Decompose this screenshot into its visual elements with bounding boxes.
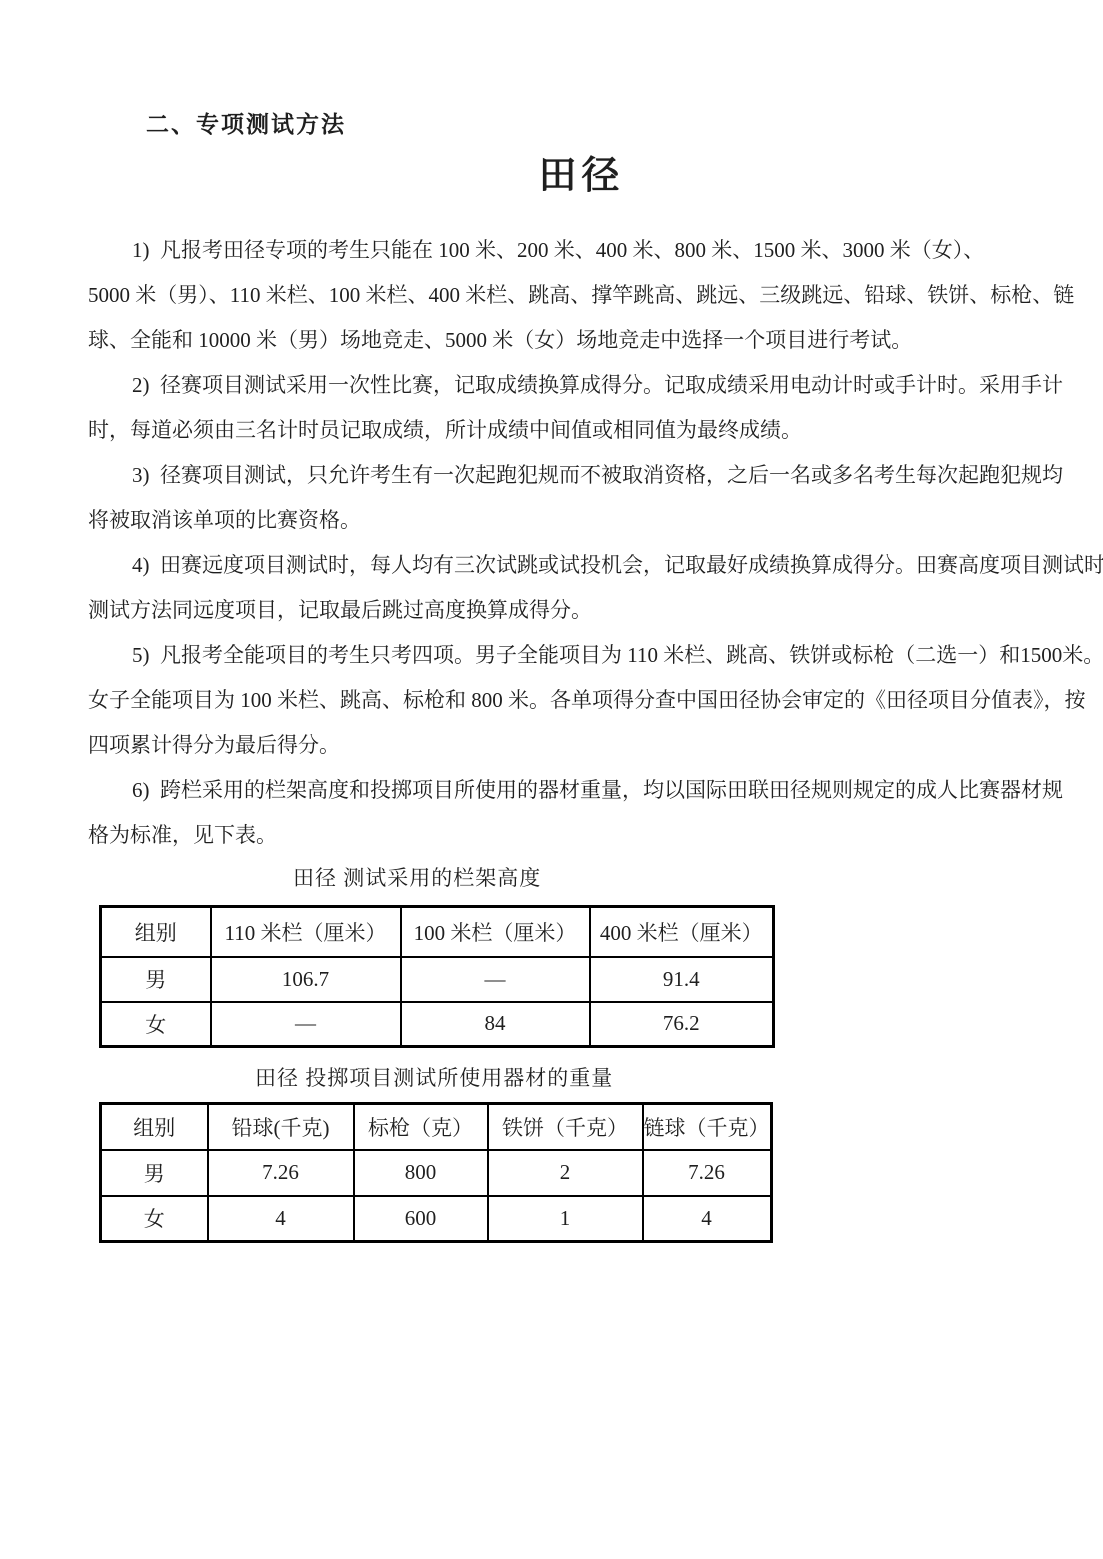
page-title: 田径 bbox=[30, 144, 1103, 199]
table-header-cell: 400 米栏（厘米） bbox=[590, 907, 774, 957]
paragraph-line: 四项累计得分为最后得分。 bbox=[88, 723, 1103, 768]
paragraph-line: 将被取消该单项的比赛资格。 bbox=[88, 498, 1103, 543]
paragraph-line: 5000 米（男）、110 米栏、100 米栏、400 米栏、跳高、撑竿跳高、跳… bbox=[88, 273, 1103, 318]
table-cell: 2 bbox=[488, 1150, 643, 1196]
table-cell: 600 bbox=[354, 1196, 488, 1242]
paragraph-line: 格为标准，见下表。 bbox=[88, 813, 1103, 858]
table-header-cell: 链球（千克） bbox=[643, 1104, 772, 1150]
table-row: 男 7.26 800 2 7.26 bbox=[101, 1150, 772, 1196]
paragraph-line: 时，每道必须由三名计时员记取成绩，所计成绩中间值或相同值为最终成绩。 bbox=[88, 408, 1103, 453]
paragraph-line: 2) 径赛项目测试采用一次性比赛，记取成绩换算成得分。记取成绩采用电动计时或手计… bbox=[88, 363, 1103, 408]
paragraph-line: 球、全能和 10000 米（男）场地竞走、5000 米（女）场地竞走中选择一个项… bbox=[88, 318, 1103, 363]
table-cell: 91.4 bbox=[590, 957, 774, 1002]
table-cell: 106.7 bbox=[211, 957, 401, 1002]
table-cell: 1 bbox=[488, 1196, 643, 1242]
table-header-row: 组别 110 米栏（厘米） 100 米栏（厘米） 400 米栏（厘米） bbox=[101, 907, 774, 957]
table-cell: — bbox=[211, 1002, 401, 1047]
paragraph-line: 1) 凡报考田径专项的考生只能在 100 米、200 米、400 米、800 米… bbox=[88, 228, 1103, 273]
hurdle-height-table: 组别 110 米栏（厘米） 100 米栏（厘米） 400 米栏（厘米） 男 10… bbox=[99, 905, 775, 1048]
table-cell: 76.2 bbox=[590, 1002, 774, 1047]
paragraph-line: 4) 田赛远度项目测试时，每人均有三次试跳或试投机会，记取最好成绩换算成得分。田… bbox=[88, 543, 1103, 588]
implement-weight-table-caption: 田径 投掷项目测试所使用器材的重量 bbox=[255, 1062, 613, 1092]
table-header-row: 组别 铅球(千克) 标枪（克） 铁饼（千克） 链球（千克） bbox=[101, 1104, 772, 1150]
hurdle-height-table-caption: 田径 测试采用的栏架高度 bbox=[293, 862, 541, 892]
table-header-cell: 组别 bbox=[101, 907, 211, 957]
paragraph-line: 测试方法同远度项目，记取最后跳过高度换算成得分。 bbox=[88, 588, 1103, 633]
table-cell: 女 bbox=[101, 1196, 208, 1242]
table-row: 女 — 84 76.2 bbox=[101, 1002, 774, 1047]
table-row: 女 4 600 1 4 bbox=[101, 1196, 772, 1242]
paragraph-line: 6) 跨栏采用的栏架高度和投掷项目所使用的器材重量，均以国际田联田径规则规定的成… bbox=[88, 768, 1103, 813]
table-cell: 男 bbox=[101, 957, 211, 1002]
paragraph-line: 3) 径赛项目测试，只允许考生有一次起跑犯规而不被取消资格，之后一名或多名考生每… bbox=[88, 453, 1103, 498]
implement-weight-table: 组别 铅球(千克) 标枪（克） 铁饼（千克） 链球（千克） 男 7.26 800… bbox=[99, 1102, 773, 1243]
document-page: 二、专项测试方法 田径 1) 凡报考田径专项的考生只能在 100 米、200 米… bbox=[0, 0, 1103, 1559]
section-heading: 二、专项测试方法 bbox=[146, 106, 346, 139]
table-header-cell: 组别 bbox=[101, 1104, 208, 1150]
table-header-cell: 标枪（克） bbox=[354, 1104, 488, 1150]
paragraph-line: 5) 凡报考全能项目的考生只考四项。男子全能项目为 110 米栏、跳高、铁饼或标… bbox=[88, 633, 1103, 678]
table-cell: 4 bbox=[208, 1196, 354, 1242]
table-cell: 男 bbox=[101, 1150, 208, 1196]
table-cell: 84 bbox=[401, 1002, 590, 1047]
paragraph-line: 女子全能项目为 100 米栏、跳高、标枪和 800 米。各单项得分查中国田径协会… bbox=[88, 678, 1103, 723]
table-row: 男 106.7 — 91.4 bbox=[101, 957, 774, 1002]
table-cell: 7.26 bbox=[208, 1150, 354, 1196]
table-header-cell: 110 米栏（厘米） bbox=[211, 907, 401, 957]
table-header-cell: 铅球(千克) bbox=[208, 1104, 354, 1150]
table-header-cell: 100 米栏（厘米） bbox=[401, 907, 590, 957]
table-header-cell: 铁饼（千克） bbox=[488, 1104, 643, 1150]
table-cell: 4 bbox=[643, 1196, 772, 1242]
table-cell: — bbox=[401, 957, 590, 1002]
table-cell: 800 bbox=[354, 1150, 488, 1196]
table-cell: 7.26 bbox=[643, 1150, 772, 1196]
table-cell: 女 bbox=[101, 1002, 211, 1047]
body-text: 1) 凡报考田径专项的考生只能在 100 米、200 米、400 米、800 米… bbox=[88, 228, 1103, 858]
